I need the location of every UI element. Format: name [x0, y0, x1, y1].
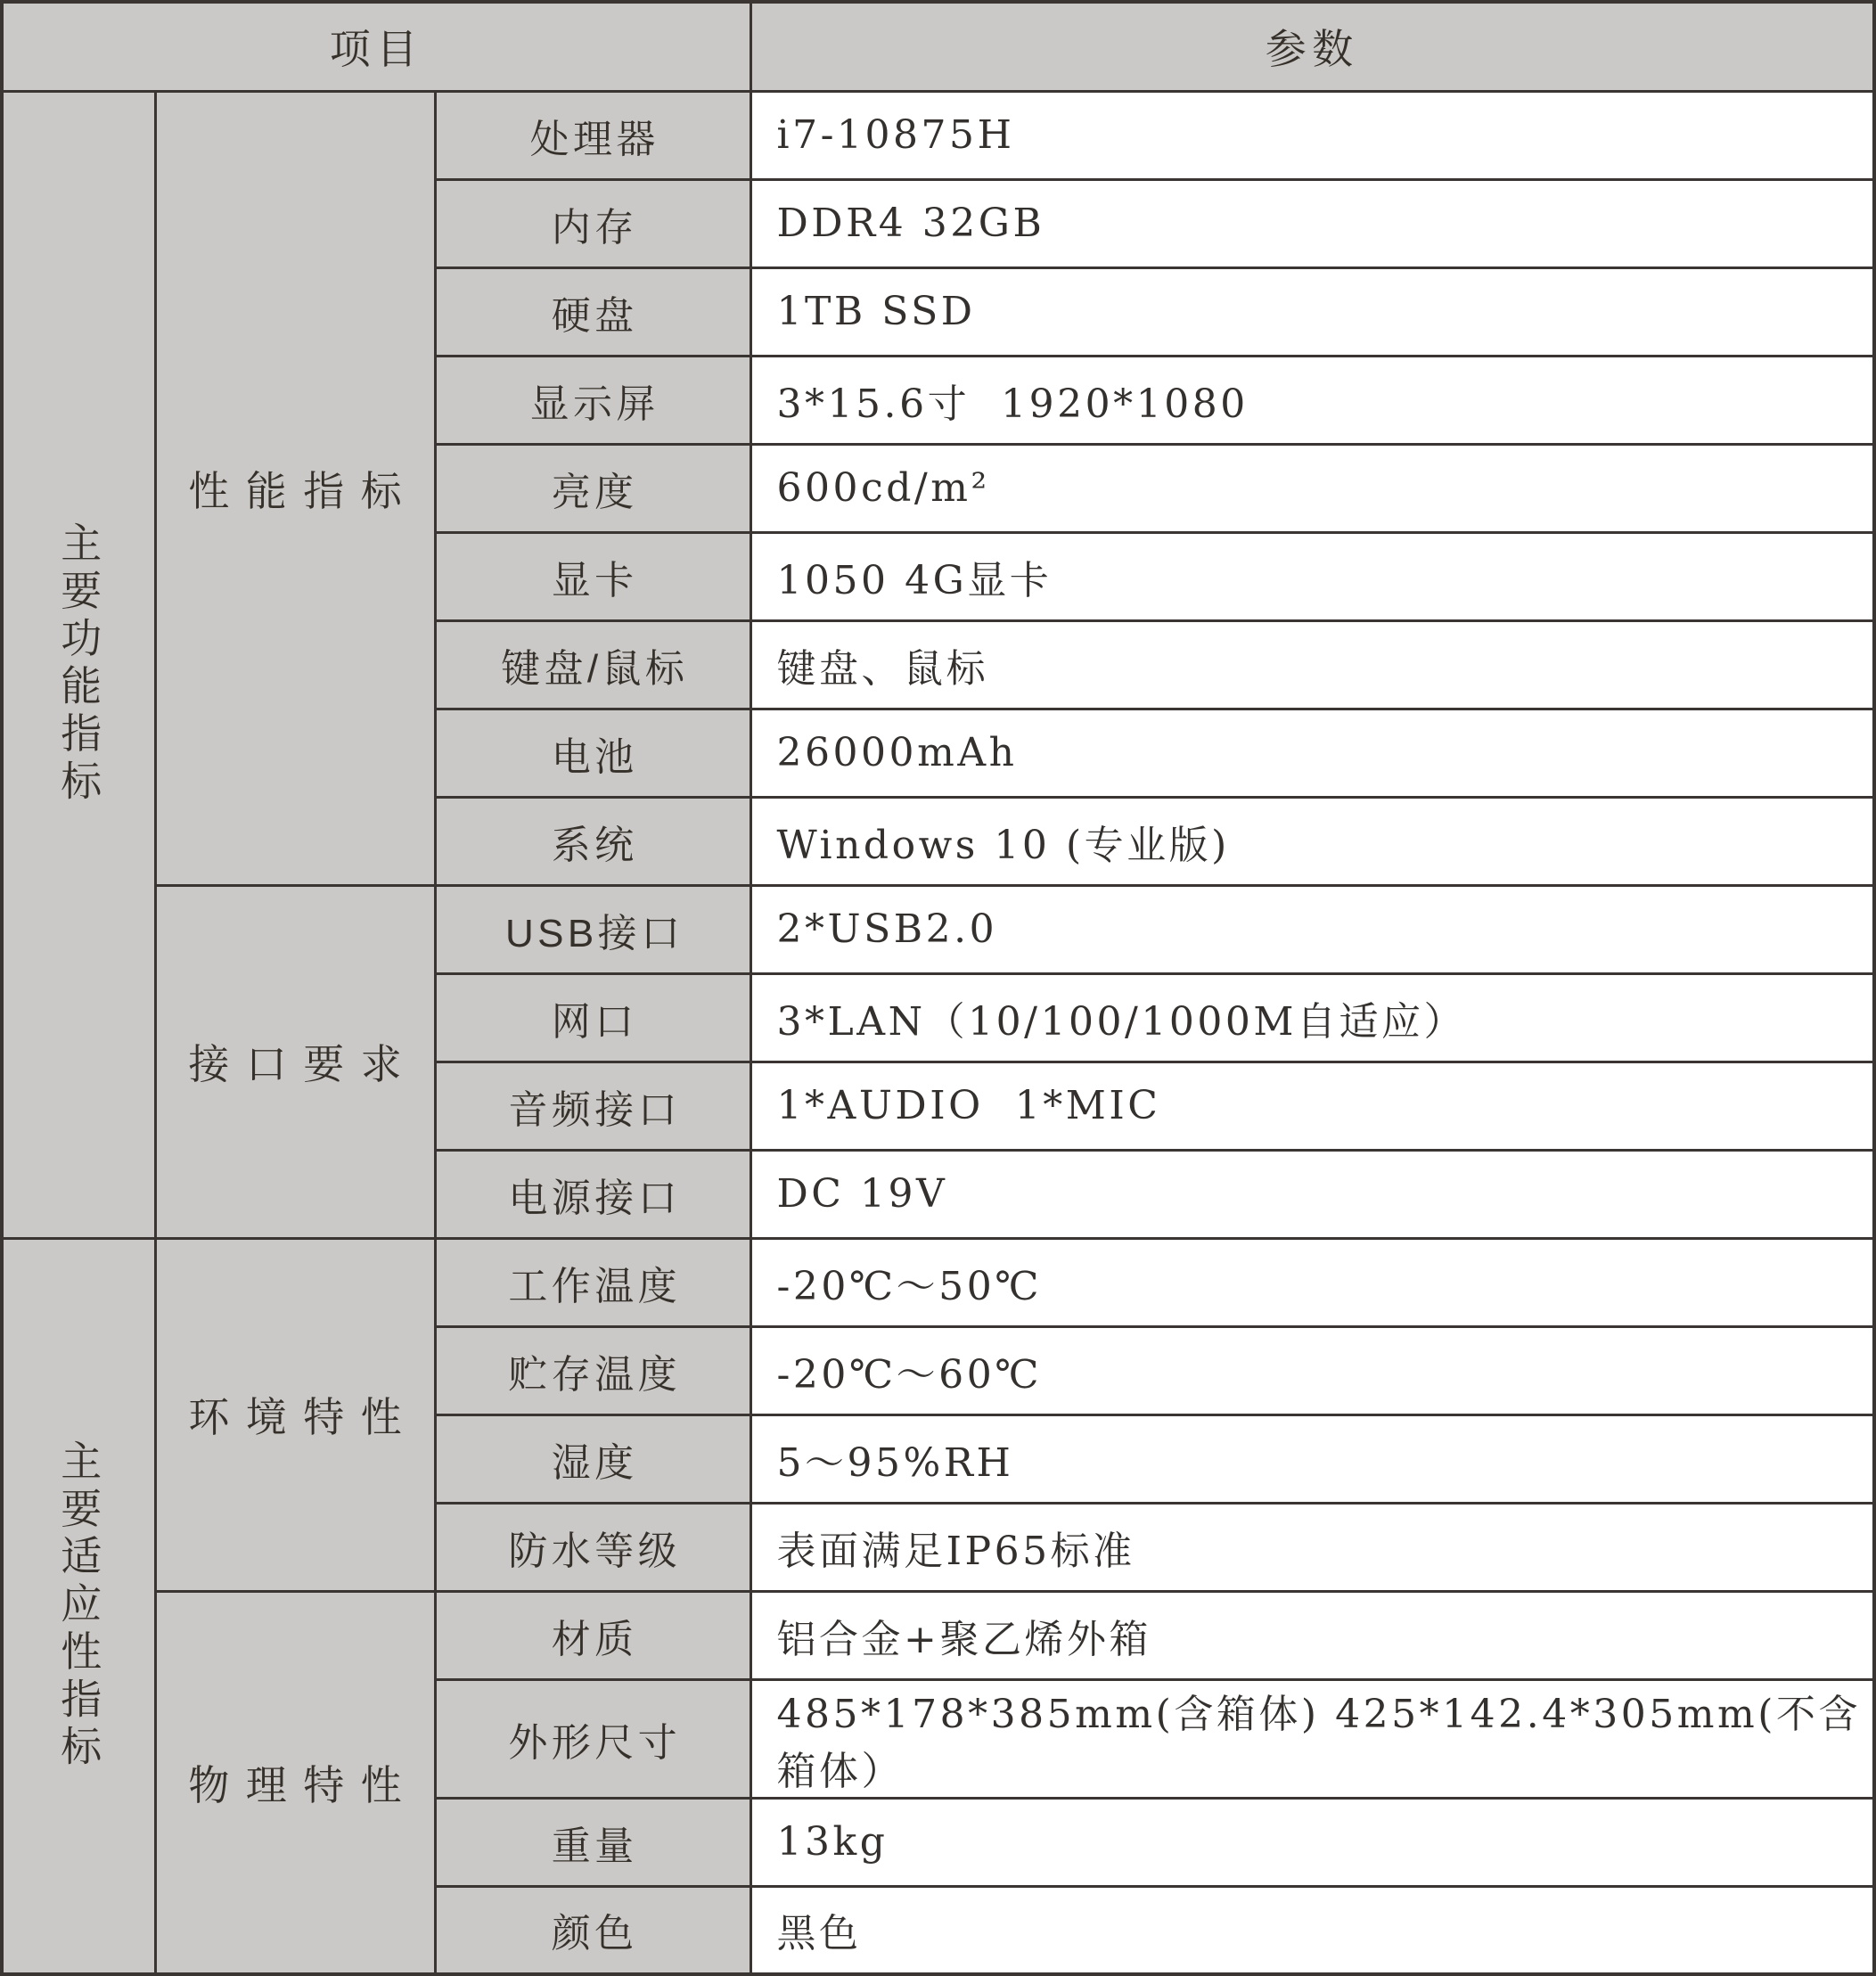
spec-value-battery: 26000mAh — [750, 709, 1874, 797]
spec-value-color: 黑色 — [750, 1886, 1874, 1974]
spec-value-keyboard-mouse: 键盘、鼠标 — [750, 620, 1874, 709]
spec-value-storage-temp: -20℃～60℃ — [750, 1326, 1874, 1414]
spec-label-weight: 重量 — [435, 1798, 750, 1886]
spec-row-cpu: 主要功能指标 性能指标 处理器 i7-10875H — [2, 91, 1874, 179]
table-header-row: 项目 参数 — [2, 2, 1874, 91]
spec-value-operating-temp: -20℃～50℃ — [750, 1238, 1874, 1326]
spec-value-lan-ports: 3*LAN（10/100/1000M自适应） — [750, 973, 1874, 1062]
group-label-adaptability: 主要适应性指标 — [58, 1439, 99, 1773]
group-cell-main-function: 主要功能指标 — [2, 91, 155, 1238]
spec-label-storage-temp: 贮存温度 — [435, 1326, 750, 1414]
spec-value-memory: DDR4 32GB — [750, 179, 1874, 267]
spec-label-power-port: 电源接口 — [435, 1150, 750, 1238]
spec-label-cpu: 处理器 — [435, 91, 750, 179]
spec-value-brightness: 600cd/m² — [750, 444, 1874, 532]
spec-row-operating-temp: 主要适应性指标 环境特性 工作温度 -20℃～50℃ — [2, 1238, 1874, 1326]
spec-row-material: 物理特性 材质 铝合金+聚乙烯外箱 — [2, 1591, 1874, 1679]
spec-label-storage: 硬盘 — [435, 267, 750, 356]
header-param-cell: 参数 — [750, 2, 1874, 91]
spec-value-display: 3*15.6寸 1920*1080 — [750, 356, 1874, 444]
subgroup-cell-performance: 性能指标 — [155, 91, 435, 885]
spec-value-gpu: 1050 4G显卡 — [750, 532, 1874, 620]
spec-label-usb-ports: USB接口 — [435, 885, 750, 973]
group-label-main-function: 主要功能指标 — [58, 521, 99, 807]
header-item-cell: 项目 — [2, 2, 750, 91]
spec-label-dimensions: 外形尺寸 — [435, 1679, 750, 1798]
spec-value-os: Windows 10 (专业版) — [750, 797, 1874, 885]
spec-label-audio-ports: 音频接口 — [435, 1062, 750, 1150]
spec-label-keyboard-mouse: 键盘/鼠标 — [435, 620, 750, 709]
spec-label-battery: 电池 — [435, 709, 750, 797]
spec-value-waterproof-rating: 表面满足IP65标准 — [750, 1503, 1874, 1591]
spec-label-waterproof-rating: 防水等级 — [435, 1503, 750, 1591]
spec-label-lan-ports: 网口 — [435, 973, 750, 1062]
spec-value-audio-ports: 1*AUDIO 1*MIC — [750, 1062, 1874, 1150]
spec-label-humidity: 湿度 — [435, 1414, 750, 1503]
spec-label-os: 系统 — [435, 797, 750, 885]
spec-table: 项目 参数 主要功能指标 性能指标 处理器 i7-10875H 内存 DDR4 … — [0, 0, 1876, 1976]
spec-label-color: 颜色 — [435, 1886, 750, 1974]
spec-value-cpu: i7-10875H — [750, 91, 1874, 179]
spec-value-material: 铝合金+聚乙烯外箱 — [750, 1591, 1874, 1679]
spec-value-usb-ports: 2*USB2.0 — [750, 885, 1874, 973]
spec-label-display: 显示屏 — [435, 356, 750, 444]
spec-label-gpu: 显卡 — [435, 532, 750, 620]
spec-label-operating-temp: 工作温度 — [435, 1238, 750, 1326]
subgroup-cell-interface: 接口要求 — [155, 885, 435, 1238]
spec-value-storage: 1TB SSD — [750, 267, 1874, 356]
group-cell-adaptability: 主要适应性指标 — [2, 1238, 155, 1974]
spec-row-usb-ports: 接口要求 USB接口 2*USB2.0 — [2, 885, 1874, 973]
spec-value-humidity: 5～95%RH — [750, 1414, 1874, 1503]
spec-value-power-port: DC 19V — [750, 1150, 1874, 1238]
spec-label-memory: 内存 — [435, 179, 750, 267]
spec-value-dimensions: 485*178*385mm(含箱体) 425*142.4*305mm(不含箱体） — [750, 1679, 1874, 1798]
subgroup-cell-physical: 物理特性 — [155, 1591, 435, 1974]
spec-label-brightness: 亮度 — [435, 444, 750, 532]
subgroup-cell-environment: 环境特性 — [155, 1238, 435, 1591]
spec-label-material: 材质 — [435, 1591, 750, 1679]
spec-value-weight: 13kg — [750, 1798, 1874, 1886]
